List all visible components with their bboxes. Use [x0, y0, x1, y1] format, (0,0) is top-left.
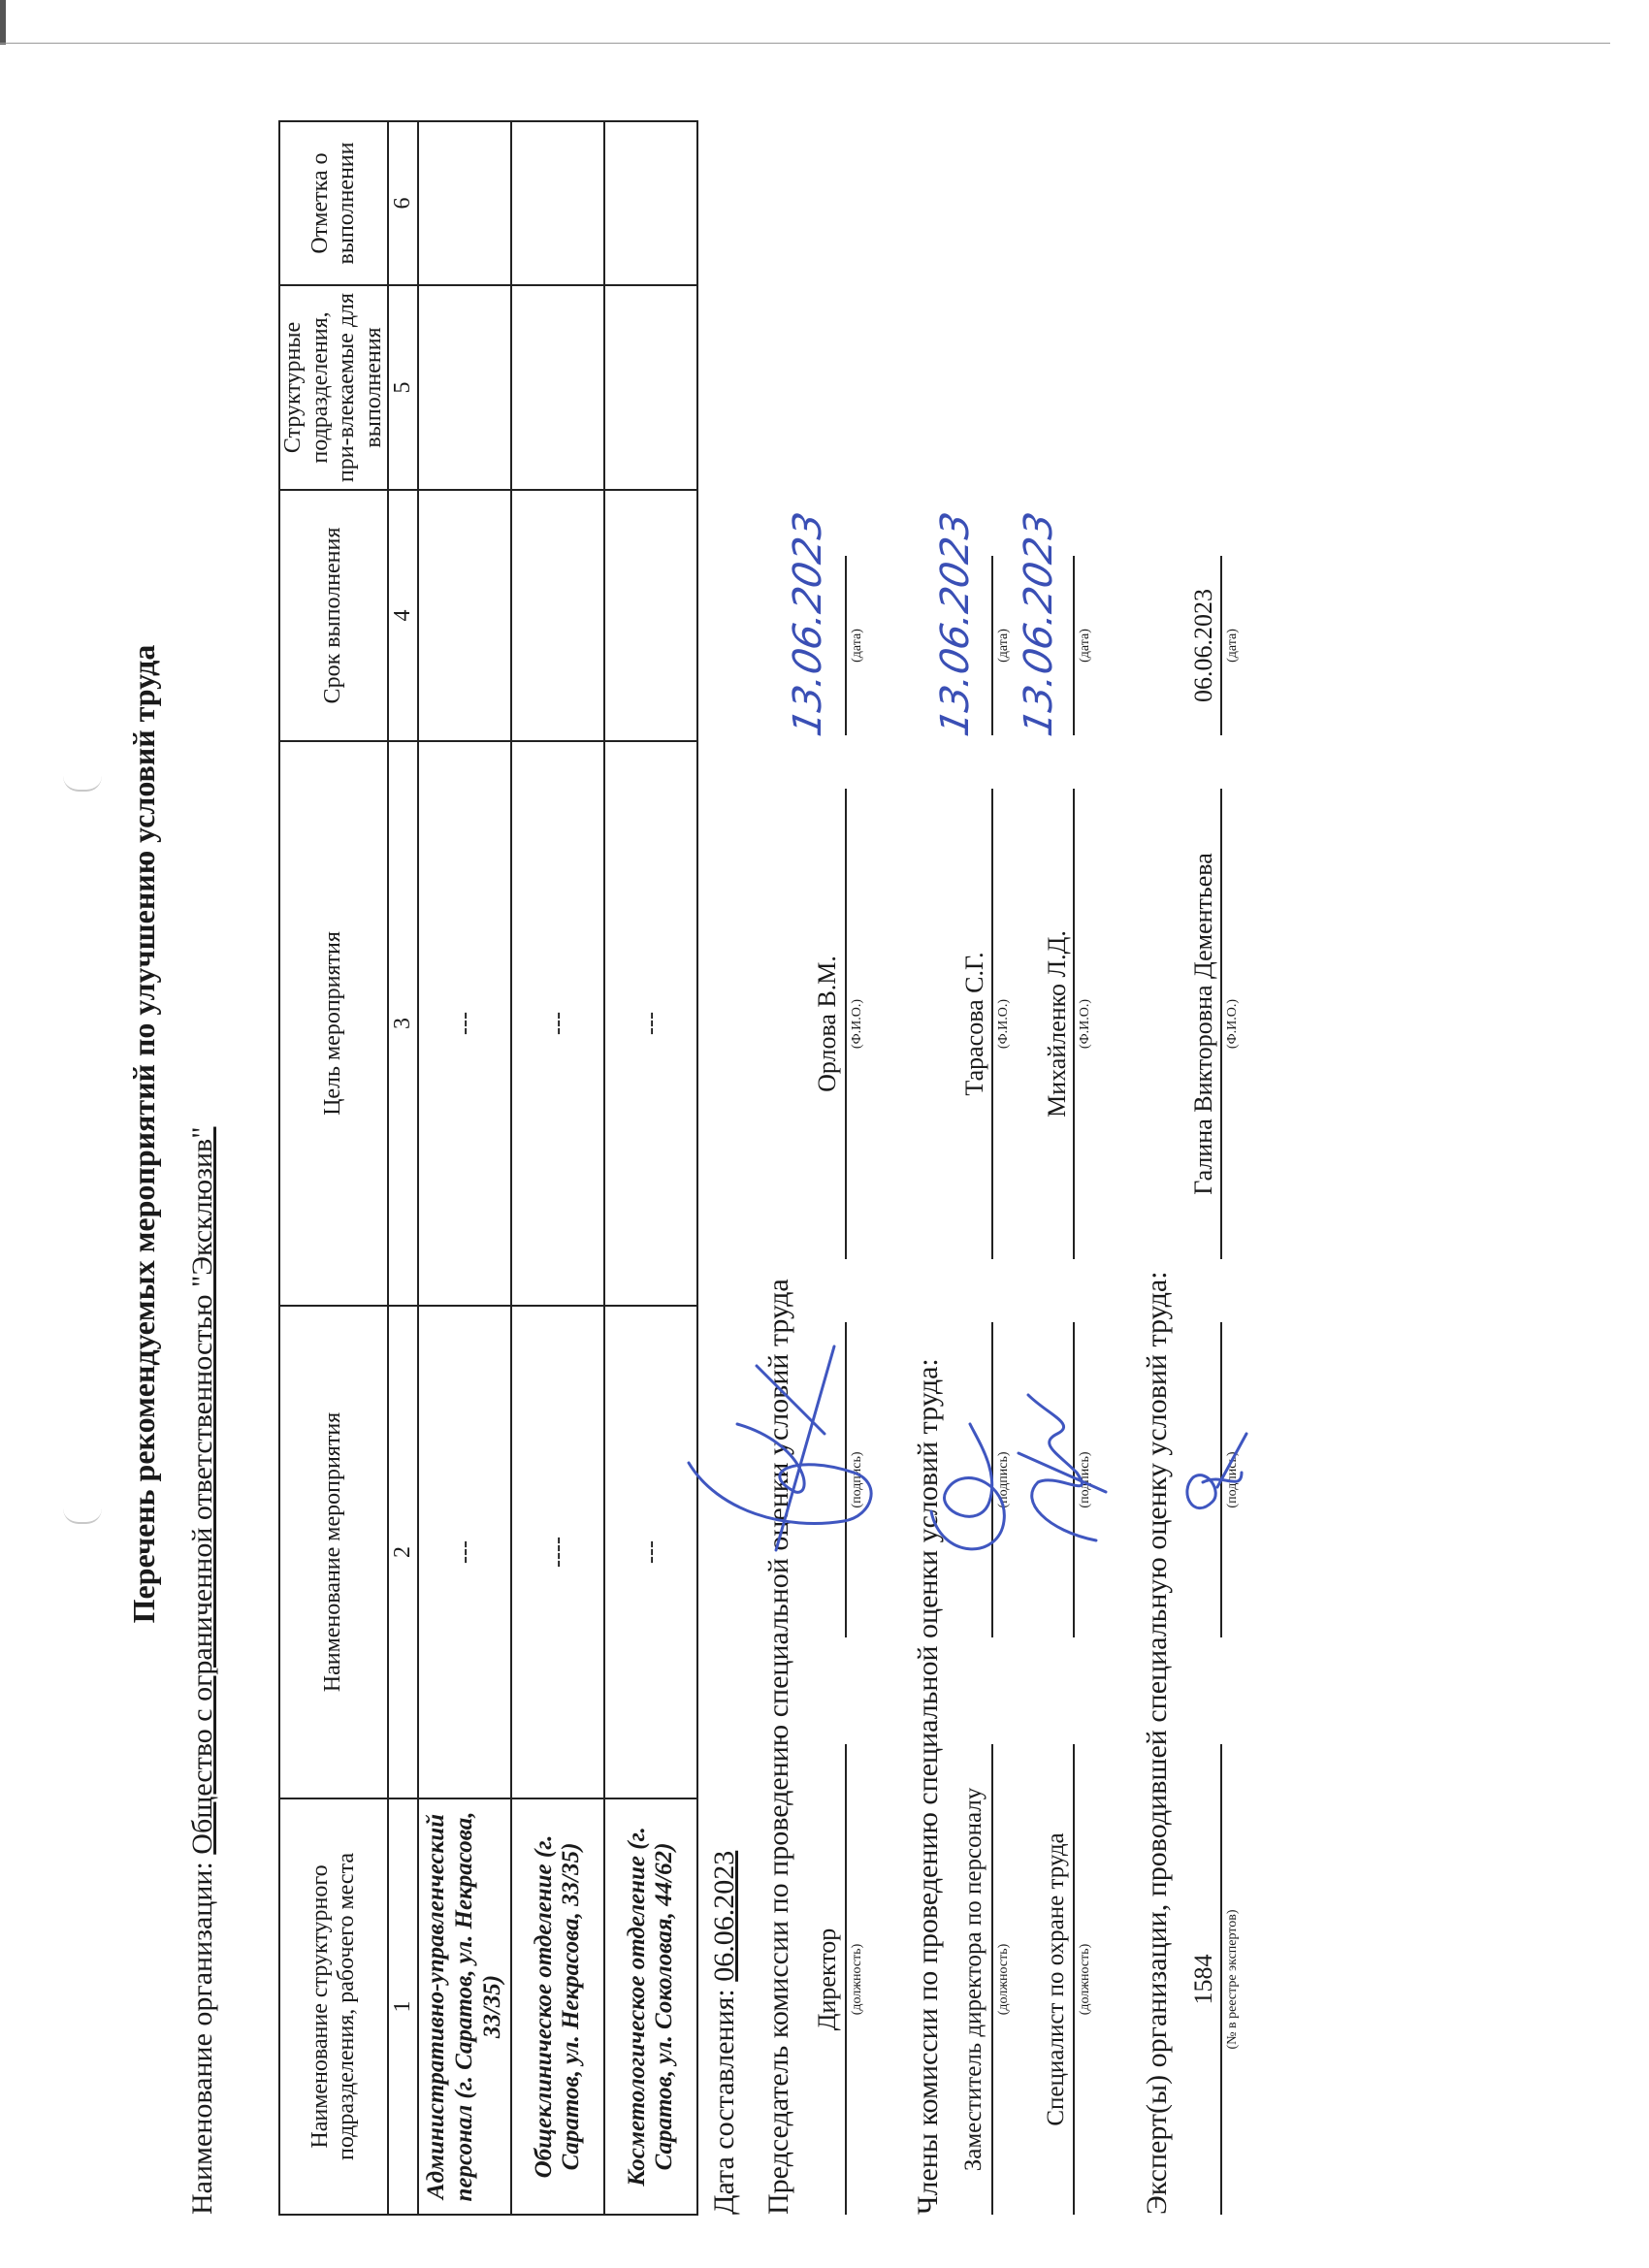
chairman-position-line: [845, 1744, 847, 2215]
expert-registry-number: 1584: [1189, 1744, 1218, 2215]
organization-name: Общество с ограниченной ответственностью…: [186, 1127, 218, 1855]
expert-registry-line: [1220, 1744, 1222, 2215]
expert-heading: Эксперт(ы) организации, проводившей спец…: [1141, 1271, 1174, 2215]
member-position-line: [1073, 1744, 1075, 2215]
cell-place: Административно-управленческий персонал …: [418, 1798, 511, 2215]
caption-fio: (Ф.И.О.): [996, 789, 1012, 1259]
chairman-date-line: [845, 556, 847, 735]
document-title: Перечень рекомендуемых мероприятий по ул…: [126, 0, 162, 2268]
chairman-signature-icon: [679, 1337, 892, 1589]
chairman-date: 13.06.2023: [786, 508, 830, 740]
caption-date: (дата): [850, 556, 865, 735]
cell-goal: ---: [511, 741, 604, 1306]
cell-goal: ---: [604, 741, 697, 1306]
column-number: 3: [388, 741, 418, 1306]
organization-label: Наименование организации:: [186, 1862, 218, 2215]
caption-fio: (Ф.И.О.): [1078, 789, 1093, 1259]
column-number: 1: [388, 1798, 418, 2215]
cell-mark: [511, 121, 604, 285]
caption-date: (дата): [1225, 556, 1241, 735]
cell-place: Косметологическое отделение (г. Саратов,…: [604, 1798, 697, 2215]
member-name-line: [1073, 789, 1075, 1259]
caption-position: (должность): [1078, 1744, 1093, 2215]
member-position: Заместитель директора по персоналу: [960, 1744, 987, 2215]
chairman-position: Директор: [813, 1744, 842, 2215]
caption-date: (дата): [1078, 556, 1093, 735]
cell-deadline: [604, 490, 697, 741]
expert-name: Галина Викторовна Дементьева: [1189, 789, 1218, 1259]
header-deadline: Срок выполнения: [279, 490, 388, 741]
compiled-date-value: 06.06.2023: [708, 1851, 740, 1982]
organization-line: Наименование организации: Общество с огр…: [186, 1127, 219, 2215]
header-mark: Отметка о выполнении: [279, 121, 388, 285]
expert-date: 06.06.2023: [1189, 556, 1218, 735]
header-units: Структурные подразделения, при-влекаемые…: [279, 285, 388, 490]
compiled-date-label: Дата составления:: [708, 1989, 740, 2215]
cell-deadline: [511, 490, 604, 741]
header-goal: Цель мероприятия: [279, 741, 388, 1306]
member-date: 13.06.2023: [933, 508, 978, 740]
chairman-name: Орлова В.М.: [813, 789, 842, 1259]
document-page: Перечень рекомендуемых мероприятий по ул…: [0, 0, 1649, 2268]
member-name: Михайленко Л.Д.: [1043, 789, 1072, 1259]
member-date: 13.06.2023: [1017, 508, 1061, 740]
member-date-line: [991, 556, 993, 735]
header-measure: Наименование мероприятия: [279, 1306, 388, 1798]
caption-position: (должность): [996, 1744, 1012, 2215]
expert-date-line: [1220, 556, 1222, 735]
expert-name-line: [1220, 789, 1222, 1259]
cell-measure: ----: [511, 1306, 604, 1798]
chairman-name-line: [845, 789, 847, 1259]
cell-deadline: [418, 490, 511, 741]
expert-signature-icon: [1174, 1414, 1251, 1531]
cell-units: [511, 285, 604, 490]
table-row: Общеклиническое отделение (г. Саратов, у…: [511, 121, 604, 2215]
table-header-row: Наименование структурного подразделения,…: [279, 121, 388, 2215]
column-number-row: 1 2 3 4 5 6: [388, 121, 418, 2215]
column-number: 6: [388, 121, 418, 285]
cell-mark: [604, 121, 697, 285]
member-name-line: [991, 789, 993, 1259]
caption-date: (дата): [996, 556, 1012, 735]
cell-units: [604, 285, 697, 490]
column-number: 5: [388, 285, 418, 490]
member-position: Специалист по охране труда: [1043, 1744, 1070, 2215]
header-place: Наименование структурного подразделения,…: [279, 1798, 388, 2215]
column-number: 4: [388, 490, 418, 741]
cell-place: Общеклиническое отделение (г. Саратов, у…: [511, 1798, 604, 2215]
member-name: Тарасова С.Г.: [960, 789, 989, 1259]
cell-mark: [418, 121, 511, 285]
column-number: 2: [388, 1306, 418, 1798]
table-row: Административно-управленческий персонал …: [418, 121, 511, 2215]
member-position-line: [991, 1744, 993, 2215]
cell-goal: ---: [418, 741, 511, 1306]
caption-fio: (Ф.И.О.): [1225, 789, 1241, 1259]
table-row: Косметологическое отделение (г. Саратов,…: [604, 121, 697, 2215]
measures-table: Наименование структурного подразделения,…: [278, 120, 698, 2216]
caption-registry: (№ в реестре экспертов): [1225, 1744, 1241, 2215]
cell-units: [418, 285, 511, 490]
compiled-date-line: Дата составления: 06.06.2023: [708, 1851, 741, 2215]
cell-measure: ---: [418, 1306, 511, 1798]
member-date-line: [1073, 556, 1075, 735]
caption-position: (должность): [850, 1744, 865, 2215]
member-signature-icon: [1009, 1366, 1115, 1560]
caption-fio: (Ф.И.О.): [850, 789, 865, 1259]
